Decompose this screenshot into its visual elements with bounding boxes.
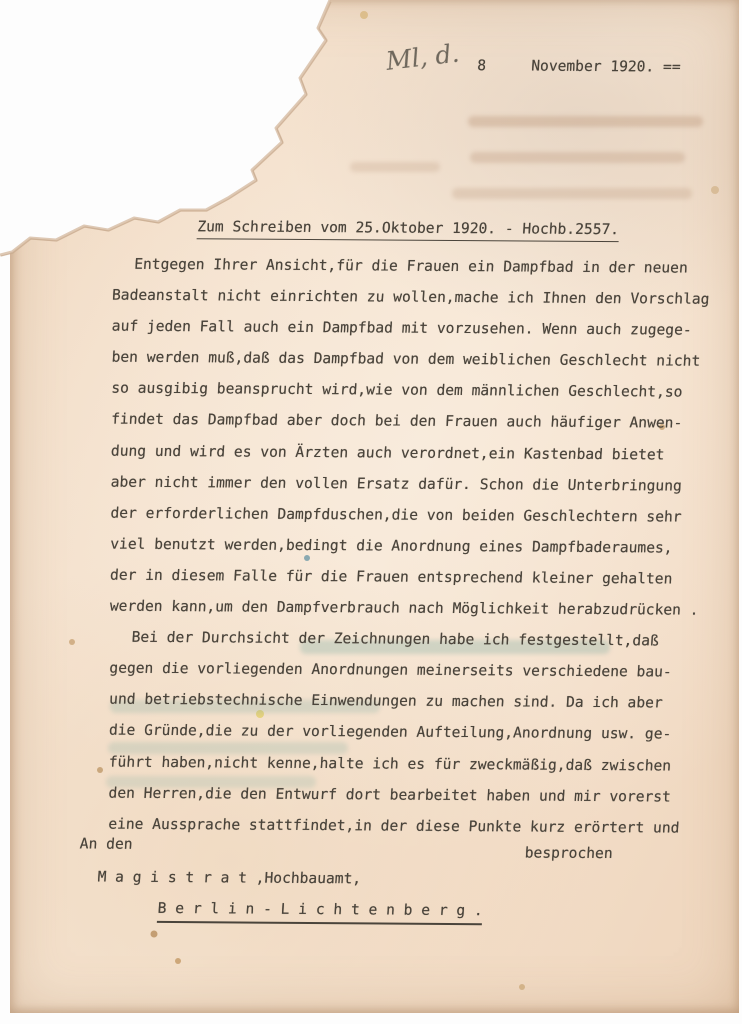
typed-line: eine Aussprache stattfindet,in der diese… [107, 808, 725, 843]
typed-line: gegen die vorliegenden Anordnungen meine… [108, 653, 726, 688]
typed-line: ben werden muß,daß das Dampfbad von dem … [111, 342, 729, 377]
typed-line: so ausgibig beansprucht wird,wie von dem… [110, 373, 728, 408]
address-line-an-den: An den [79, 835, 133, 852]
handwritten-annotation: Ml, d. [384, 39, 460, 76]
typed-line: Bei der Durchsicht der Zeichnungen habe … [109, 622, 727, 657]
typed-line: Entgegen Ihrer Ansicht,für die Frauen ei… [111, 249, 729, 284]
address-line-magistrat: M a g i s t r a t ,Hochbauamt, [97, 869, 362, 888]
typed-line: auf jeden Fall auch ein Dampfbad mit vor… [111, 311, 729, 346]
typed-line: den Herren,die den Entwurf dort bearbeit… [108, 777, 726, 812]
letter-body: Entgegen Ihrer Ansicht,für die Frauen ei… [107, 249, 727, 844]
continuation-word: besprochen [524, 844, 613, 862]
typed-line: die Gründe,die zu der vorliegenden Aufte… [108, 715, 726, 750]
address-line-berlin-lichtenberg: B e r l i n - L i c h t e n b e r g . [157, 900, 483, 925]
typed-line: führt haben,nicht kenne,halte ich es für… [108, 746, 726, 781]
typed-line: viel benutzt werden,bedingt die Anordnun… [109, 528, 727, 563]
typed-line: werden kann,um den Dampfverbrauch nach M… [109, 591, 727, 626]
subject-line: Zum Schreiben vom 25.Oktober 1920. - Hoc… [197, 218, 620, 242]
date-day: 8 [477, 57, 487, 74]
typed-line: dung und wird es von Ärzten auch verordn… [110, 435, 728, 470]
typed-line: aber nicht immer den vollen Ersatz dafür… [110, 466, 728, 501]
typed-line: der erforderlichen Dampfduschen,die von … [110, 497, 728, 532]
date-line: November 1920. == [531, 58, 681, 76]
paragraph-1: Entgegen Ihrer Ansicht,für die Frauen ei… [109, 249, 728, 626]
typed-line: der in diesem Falle für die Frauen entsp… [109, 560, 727, 595]
typed-line: und betriebstechnische Einwendungen zu m… [108, 684, 726, 719]
paragraph-2: Bei der Durchsicht der Zeichnungen habe … [107, 622, 725, 844]
typed-line: Badeanstalt nicht einrichten zu wollen,m… [111, 280, 729, 315]
letter-content: Ml, d. 8 November 1920. == Zum Schreiben… [0, 0, 742, 1024]
typed-line: findet das Dampfbad aber doch bei den Fr… [110, 404, 728, 439]
